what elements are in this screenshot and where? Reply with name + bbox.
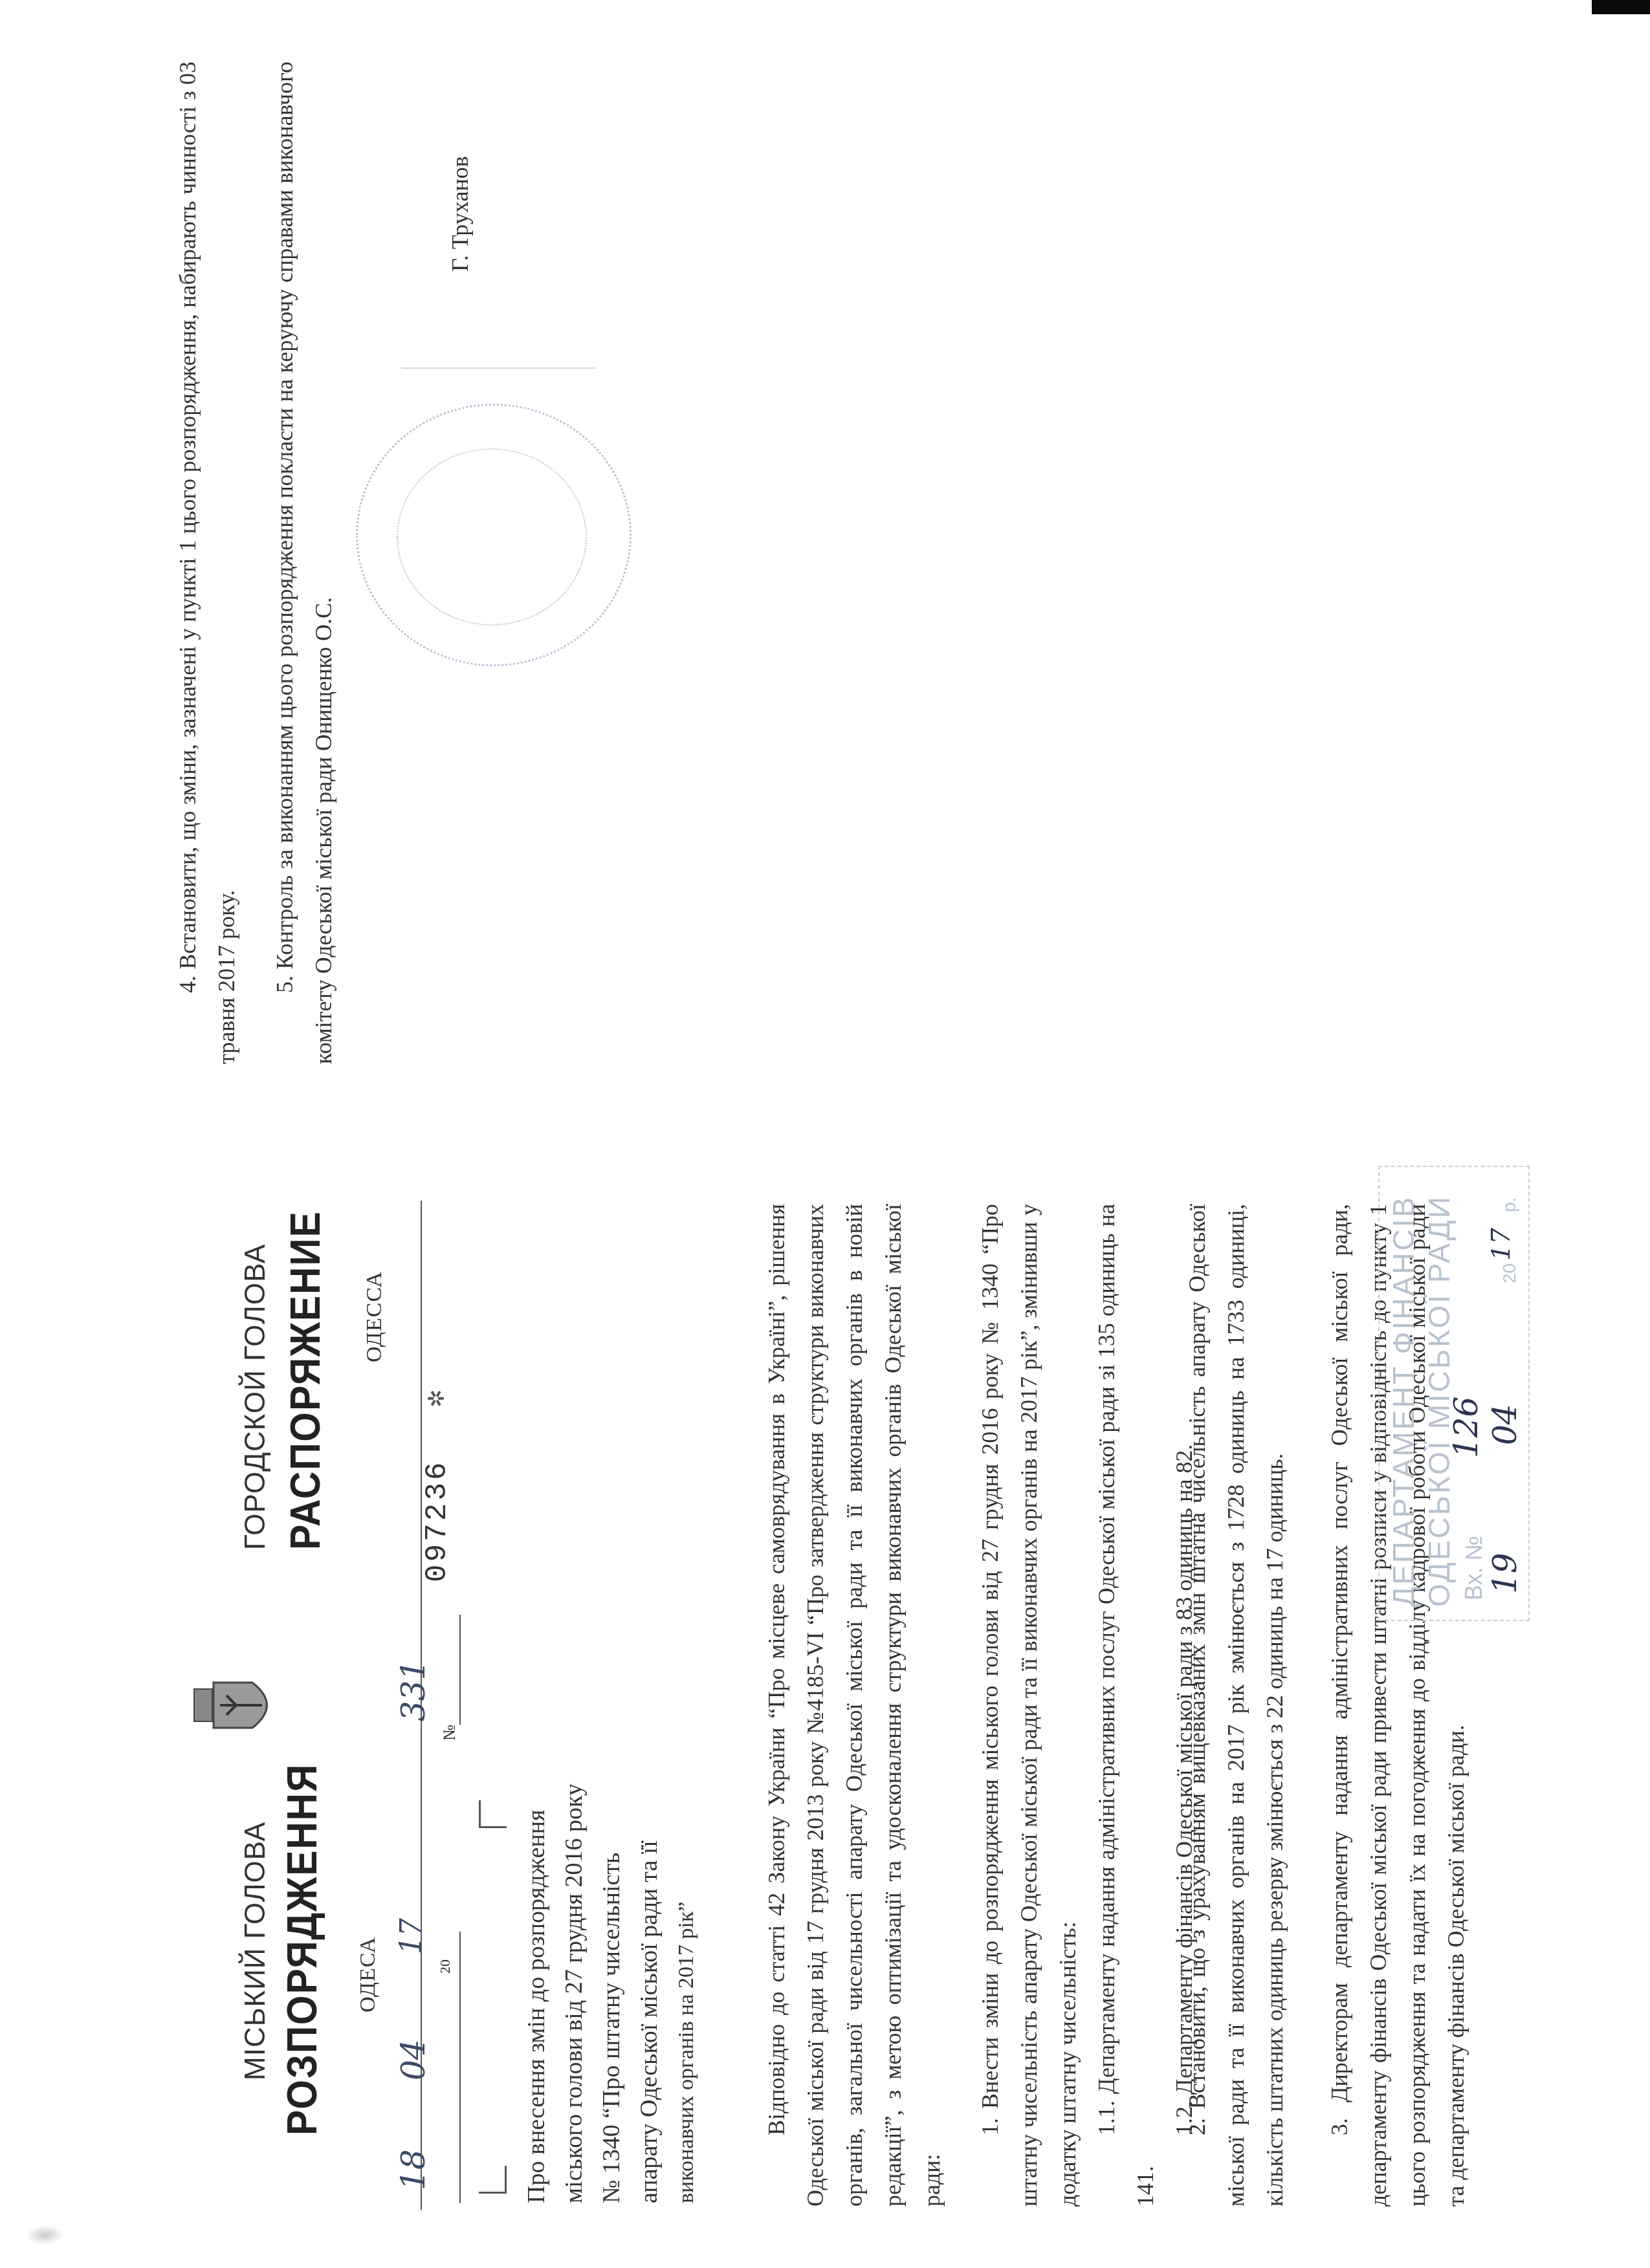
- ua-city: ОДЕСА: [356, 1937, 380, 2012]
- ua-document-type: РОЗПОРЯДЖЕННЯ: [278, 1763, 326, 2135]
- item-1: 1. Внести зміни до розпорядження міськог…: [971, 1204, 1204, 2207]
- subject-line: № 1340 “Про штатну чисельність: [593, 1783, 630, 2203]
- ru-city: ОДЕССА: [362, 1271, 387, 1362]
- ru-document-type: РАСПОРЯЖЕНИЕ: [281, 1210, 329, 1550]
- document-subject: Про внесення змін до розпорядження міськ…: [518, 1783, 705, 2203]
- serial-rosette-icon: ✲: [424, 1390, 450, 1408]
- number-label: №: [440, 1725, 459, 1741]
- date-underline: [459, 1932, 461, 2203]
- seal-inner-ring: [397, 448, 587, 626]
- stamp-month: 04: [1486, 1404, 1524, 1445]
- document-page-1: МІСЬКИЙ ГОЛОВА РОЗПОРЯДЖЕННЯ ОДЕСА ГОРОД…: [116, 1126, 1475, 2268]
- date-day: 18: [395, 2149, 432, 2190]
- stamp-year-end: р.: [1499, 1197, 1520, 1212]
- incoming-registration-stamp: ДЕПАРТАМЕНТ ФІНАНСІВ ОДЕСЬКОЇ МІСЬКОЇ РА…: [1378, 1166, 1530, 1621]
- order-number: 331: [395, 1660, 432, 1721]
- stamp-day: 19: [1486, 1553, 1524, 1594]
- scan-edge-marker: [1592, 0, 1650, 14]
- date-year-prefix: 20: [437, 1959, 454, 1974]
- scan-smudge: [26, 2225, 65, 2245]
- subject-line: Про внесення змін до розпорядження: [518, 1783, 555, 2203]
- item-5-text: 5. Контроль за виконанням цього розпоряд…: [265, 61, 343, 1064]
- item-5: 5. Контроль за виконанням цього розпоряд…: [265, 61, 343, 1064]
- subject-line: виконавчих органів на 2017 рік”: [668, 1783, 705, 2203]
- odesa-coat-of-arms-icon: [188, 1670, 285, 1741]
- number-underline: [459, 1615, 461, 1725]
- stamp-year-prefix: 20: [1499, 1263, 1520, 1283]
- ua-authority-title: МІСЬКИЙ ГОЛОВА: [239, 1822, 272, 2080]
- round-official-seal: [356, 404, 632, 666]
- stamp-year-suffix: 17: [1486, 1228, 1516, 1261]
- date-year-suffix: 17: [395, 1918, 428, 1954]
- item-2-text: 2. Встановити, що з урахуванням вищевказ…: [1178, 1204, 1294, 2207]
- document-page-2: 4. Встановити, що зміни, зазначені у пун…: [142, 0, 1501, 1126]
- preamble-paragraph: Відповідно до статті 42 Закону України “…: [757, 1204, 951, 2207]
- stamp-number-label: Вх. №: [1460, 1536, 1488, 1600]
- signatory-name: Г. Труханов: [446, 156, 474, 272]
- ru-authority-title: ГОРОДСКОЙ ГОЛОВА: [239, 1244, 272, 1550]
- subject-line: міського голови від 27 грудня 2016 року: [555, 1783, 593, 2203]
- item-2: 2. Встановити, що з урахуванням вищевказ…: [1178, 1204, 1294, 2207]
- subject-line: апарату Одеської міської ради та її: [630, 1783, 668, 2203]
- stamp-incoming-number: 126: [1447, 1397, 1485, 1458]
- stamp-line-1: ДЕПАРТАМЕНТ ФІНАНСІВ: [1386, 1195, 1421, 1607]
- signature-guide-line: [401, 367, 595, 369]
- item-4: 4. Встановити, що зміни, зазначені у пун…: [168, 61, 246, 1064]
- preamble-text: Відповідно до статті 42 Закону України “…: [757, 1204, 951, 2207]
- item-1-1-text: 1.1. Департаменту надання адміністративн…: [1087, 1204, 1165, 2207]
- form-serial-number: 097236: [421, 1459, 454, 1582]
- item-4-text: 4. Встановити, що зміни, зазначені у пун…: [168, 61, 246, 1064]
- subject-corner-right: [479, 1800, 507, 1828]
- item-1-text: 1. Внести зміни до розпорядження міськог…: [971, 1204, 1087, 2207]
- date-month: 04: [395, 2039, 432, 2080]
- subject-corner-left: [479, 2166, 507, 2194]
